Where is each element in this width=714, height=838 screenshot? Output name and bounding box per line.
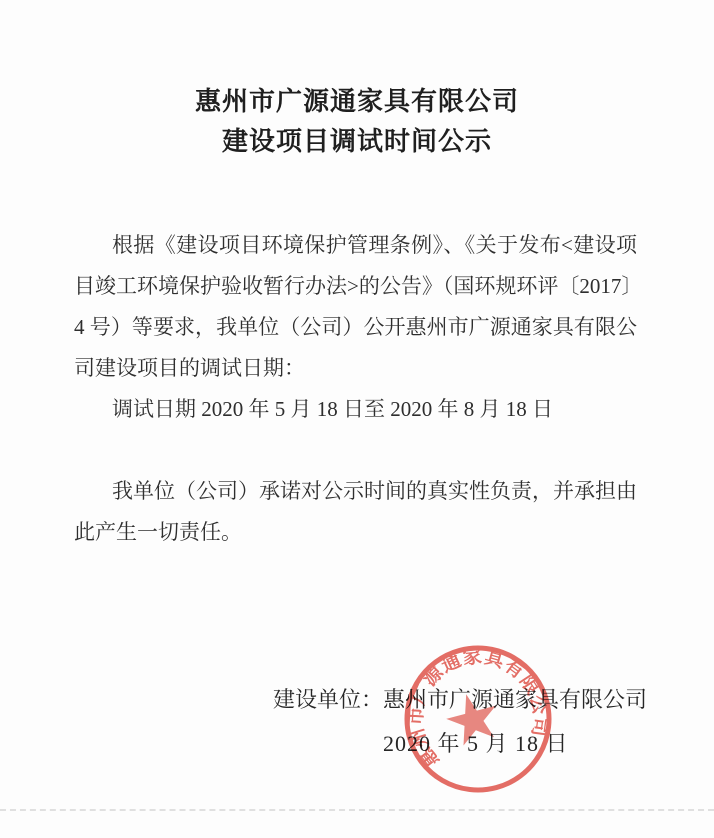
title-line-subject: 建设项目调试时间公示 — [0, 122, 714, 162]
body-line: 根据《建设项目环境保护管理条例》、《关于发布<建设项 — [74, 225, 637, 266]
body-line: 此产生一切责任。 — [74, 512, 637, 553]
paragraph-commitment: 我单位（公司）承诺对公示时间的真实性负责，并承担由 此产生一切责任。 — [74, 471, 637, 553]
body-line: 4 号）等要求，我单位（公司）公开惠州市广源通家具有限公 — [74, 307, 637, 348]
construction-unit-line: 建设单位：惠州市广源通家具有限公司 — [273, 683, 647, 714]
document-page: 惠州市广源通家具有限公司 建设项目调试时间公示 根据《建设项目环境保护管理条例》… — [0, 0, 714, 838]
document-body: 根据《建设项目环境保护管理条例》、《关于发布<建设项 目竣工环境保护验收暂行办法… — [74, 225, 637, 553]
title-line-company: 惠州市广源通家具有限公司 — [0, 82, 714, 122]
body-line: 司建设项目的调试日期： — [74, 348, 637, 389]
scan-artifact-line — [0, 809, 714, 811]
company-seal: 惠州市广源通家具有限公司 — [374, 615, 582, 823]
seal-ring — [391, 632, 565, 806]
body-line: 我单位（公司）承诺对公示时间的真实性负责，并承担由 — [74, 471, 637, 512]
body-line: 目竣工环境保护验收暂行办法>的公告》（国环规环评〔2017〕 — [74, 266, 637, 307]
document-title: 惠州市广源通家具有限公司 建设项目调试时间公示 — [0, 82, 714, 162]
paragraph-regulations: 根据《建设项目环境保护管理条例》、《关于发布<建设项 目竣工环境保护验收暂行办法… — [74, 225, 637, 430]
schedule-line: 调试日期 2020 年 5 月 18 日至 2020 年 8 月 18 日 — [74, 389, 637, 430]
signature-date: 2020 年 5 月 18 日 — [383, 727, 569, 758]
